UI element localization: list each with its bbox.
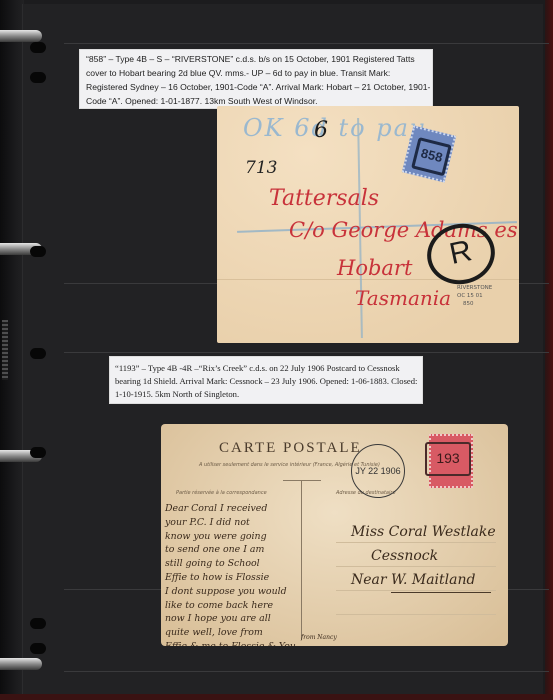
blue-pay-annotation: OK 6d to pay — [243, 114, 425, 142]
message-line: I dont suppose you would — [165, 585, 305, 599]
numeral-cancel: 858 — [411, 137, 452, 176]
message-line: still going to School — [165, 557, 305, 571]
address-rule — [336, 590, 496, 591]
album-cover-edge — [545, 0, 553, 700]
divider — [283, 480, 321, 481]
caption-1193: “1193” – Type 4B -4R –“Rix’s Creek” c.d.… — [110, 357, 422, 403]
caption-858: “858” – Type 4B – S – “RIVERSTONE” c.d.s… — [80, 50, 432, 108]
registered-cover: OK 6d to pay 6 713 858 Tattersals C/o Ge… — [217, 106, 519, 343]
punch-hole — [30, 348, 46, 359]
message-line: to send one one I am — [165, 543, 305, 557]
correspondence-label: Partie réservée à la correspondance — [176, 490, 267, 496]
message-line: Effie & me to Flossie & You — [165, 640, 305, 646]
stamp-1d-shield: 193 — [429, 434, 473, 488]
message-line: quite well, love from — [165, 626, 305, 640]
address-rule — [336, 542, 496, 543]
punch-hole — [30, 42, 46, 53]
handwritten-message: Dear Coral I received your P.C. I did no… — [165, 502, 305, 646]
punch-hole — [30, 447, 46, 458]
address-rule — [336, 566, 496, 567]
binder-ring — [0, 30, 42, 42]
message-line: Effie to how is Flossie — [165, 571, 305, 585]
pocket-strip — [64, 671, 549, 672]
address-rule — [336, 614, 496, 615]
pencil-note: RIVERSTONE OC 15 01 850 — [457, 284, 492, 308]
punch-hole — [30, 246, 46, 257]
binder-ring — [0, 658, 42, 670]
numeral-cancel: 193 — [425, 442, 471, 476]
address-line: Tattersals — [269, 186, 379, 211]
punch-hole — [30, 643, 46, 654]
punch-hole — [30, 72, 46, 83]
message-line: Dear Coral I received — [165, 502, 305, 516]
message-line: know you were going — [165, 530, 305, 544]
underline — [391, 592, 491, 593]
reference-number: 713 — [245, 158, 277, 178]
signature: from Nancy — [301, 634, 337, 641]
message-line: now I hope you are all — [165, 612, 305, 626]
recipient-line: Near W. Maitland — [351, 572, 475, 588]
message-line: like to come back here — [165, 599, 305, 613]
album-bottom-edge — [0, 694, 553, 700]
postcard: CARTE POSTALE A utiliser seulement dans … — [161, 424, 508, 646]
recipient-line: Cessnock — [371, 548, 438, 564]
pencil-line: RIVERSTONE — [457, 284, 492, 292]
recipient-line: Miss Coral Westlake — [351, 524, 496, 540]
pocket-strip — [64, 352, 549, 353]
pocket-strip — [64, 43, 549, 44]
pencil-line: OC 15 01 — [457, 292, 492, 300]
punch-hole — [30, 618, 46, 629]
address-line: Tasmania — [355, 286, 451, 310]
spine-label — [2, 320, 8, 380]
cds-postmark: JY 22 1906 — [351, 444, 405, 498]
pencil-line: 850 — [457, 300, 492, 308]
postcard-title: CARTE POSTALE — [219, 440, 362, 457]
message-line: your P.C. I did not — [165, 516, 305, 530]
charge-mark: 6 — [314, 118, 328, 143]
address-line: Hobart — [337, 256, 412, 280]
